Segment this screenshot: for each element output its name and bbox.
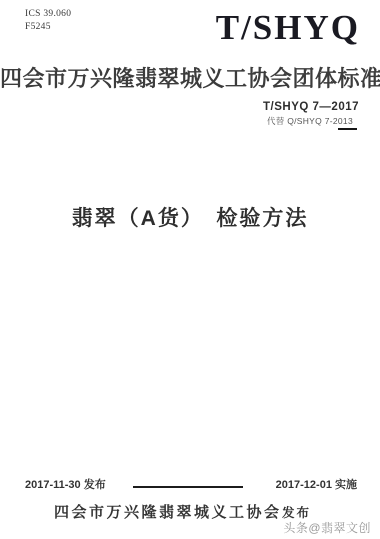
standard-cover-page: ICS 39.060 F5245 T/SHYQ 四会市万兴隆翡翠城义工协会团体标… (0, 0, 380, 539)
replaces-note: 代替 Q/SHYQ 7-2013 (267, 115, 353, 127)
ics-code: ICS 39.060 (25, 8, 71, 21)
issue-date: 2017-11-30 发布 (25, 476, 106, 492)
implementation-date: 2017-12-01 实施 (276, 476, 357, 492)
standard-number: T/SHYQ 7—2017 (263, 101, 359, 113)
watermark-text: 头条@翡翠文创 (283, 519, 371, 536)
org-standard-heading: 四会市万兴隆翡翠城义工协会团体标准 (0, 62, 380, 93)
replaces-underline-rule (338, 128, 357, 130)
standard-logo: T/SHYQ (216, 8, 360, 48)
classification-code: F5245 (25, 21, 71, 34)
document-title: 翡翠（A货） 检验方法 (0, 202, 380, 232)
issuing-organization: 四会市万兴隆翡翠城义工协会 (54, 501, 282, 522)
footer-divider-rule (133, 486, 243, 488)
ics-classification-block: ICS 39.060 F5245 (25, 8, 71, 34)
